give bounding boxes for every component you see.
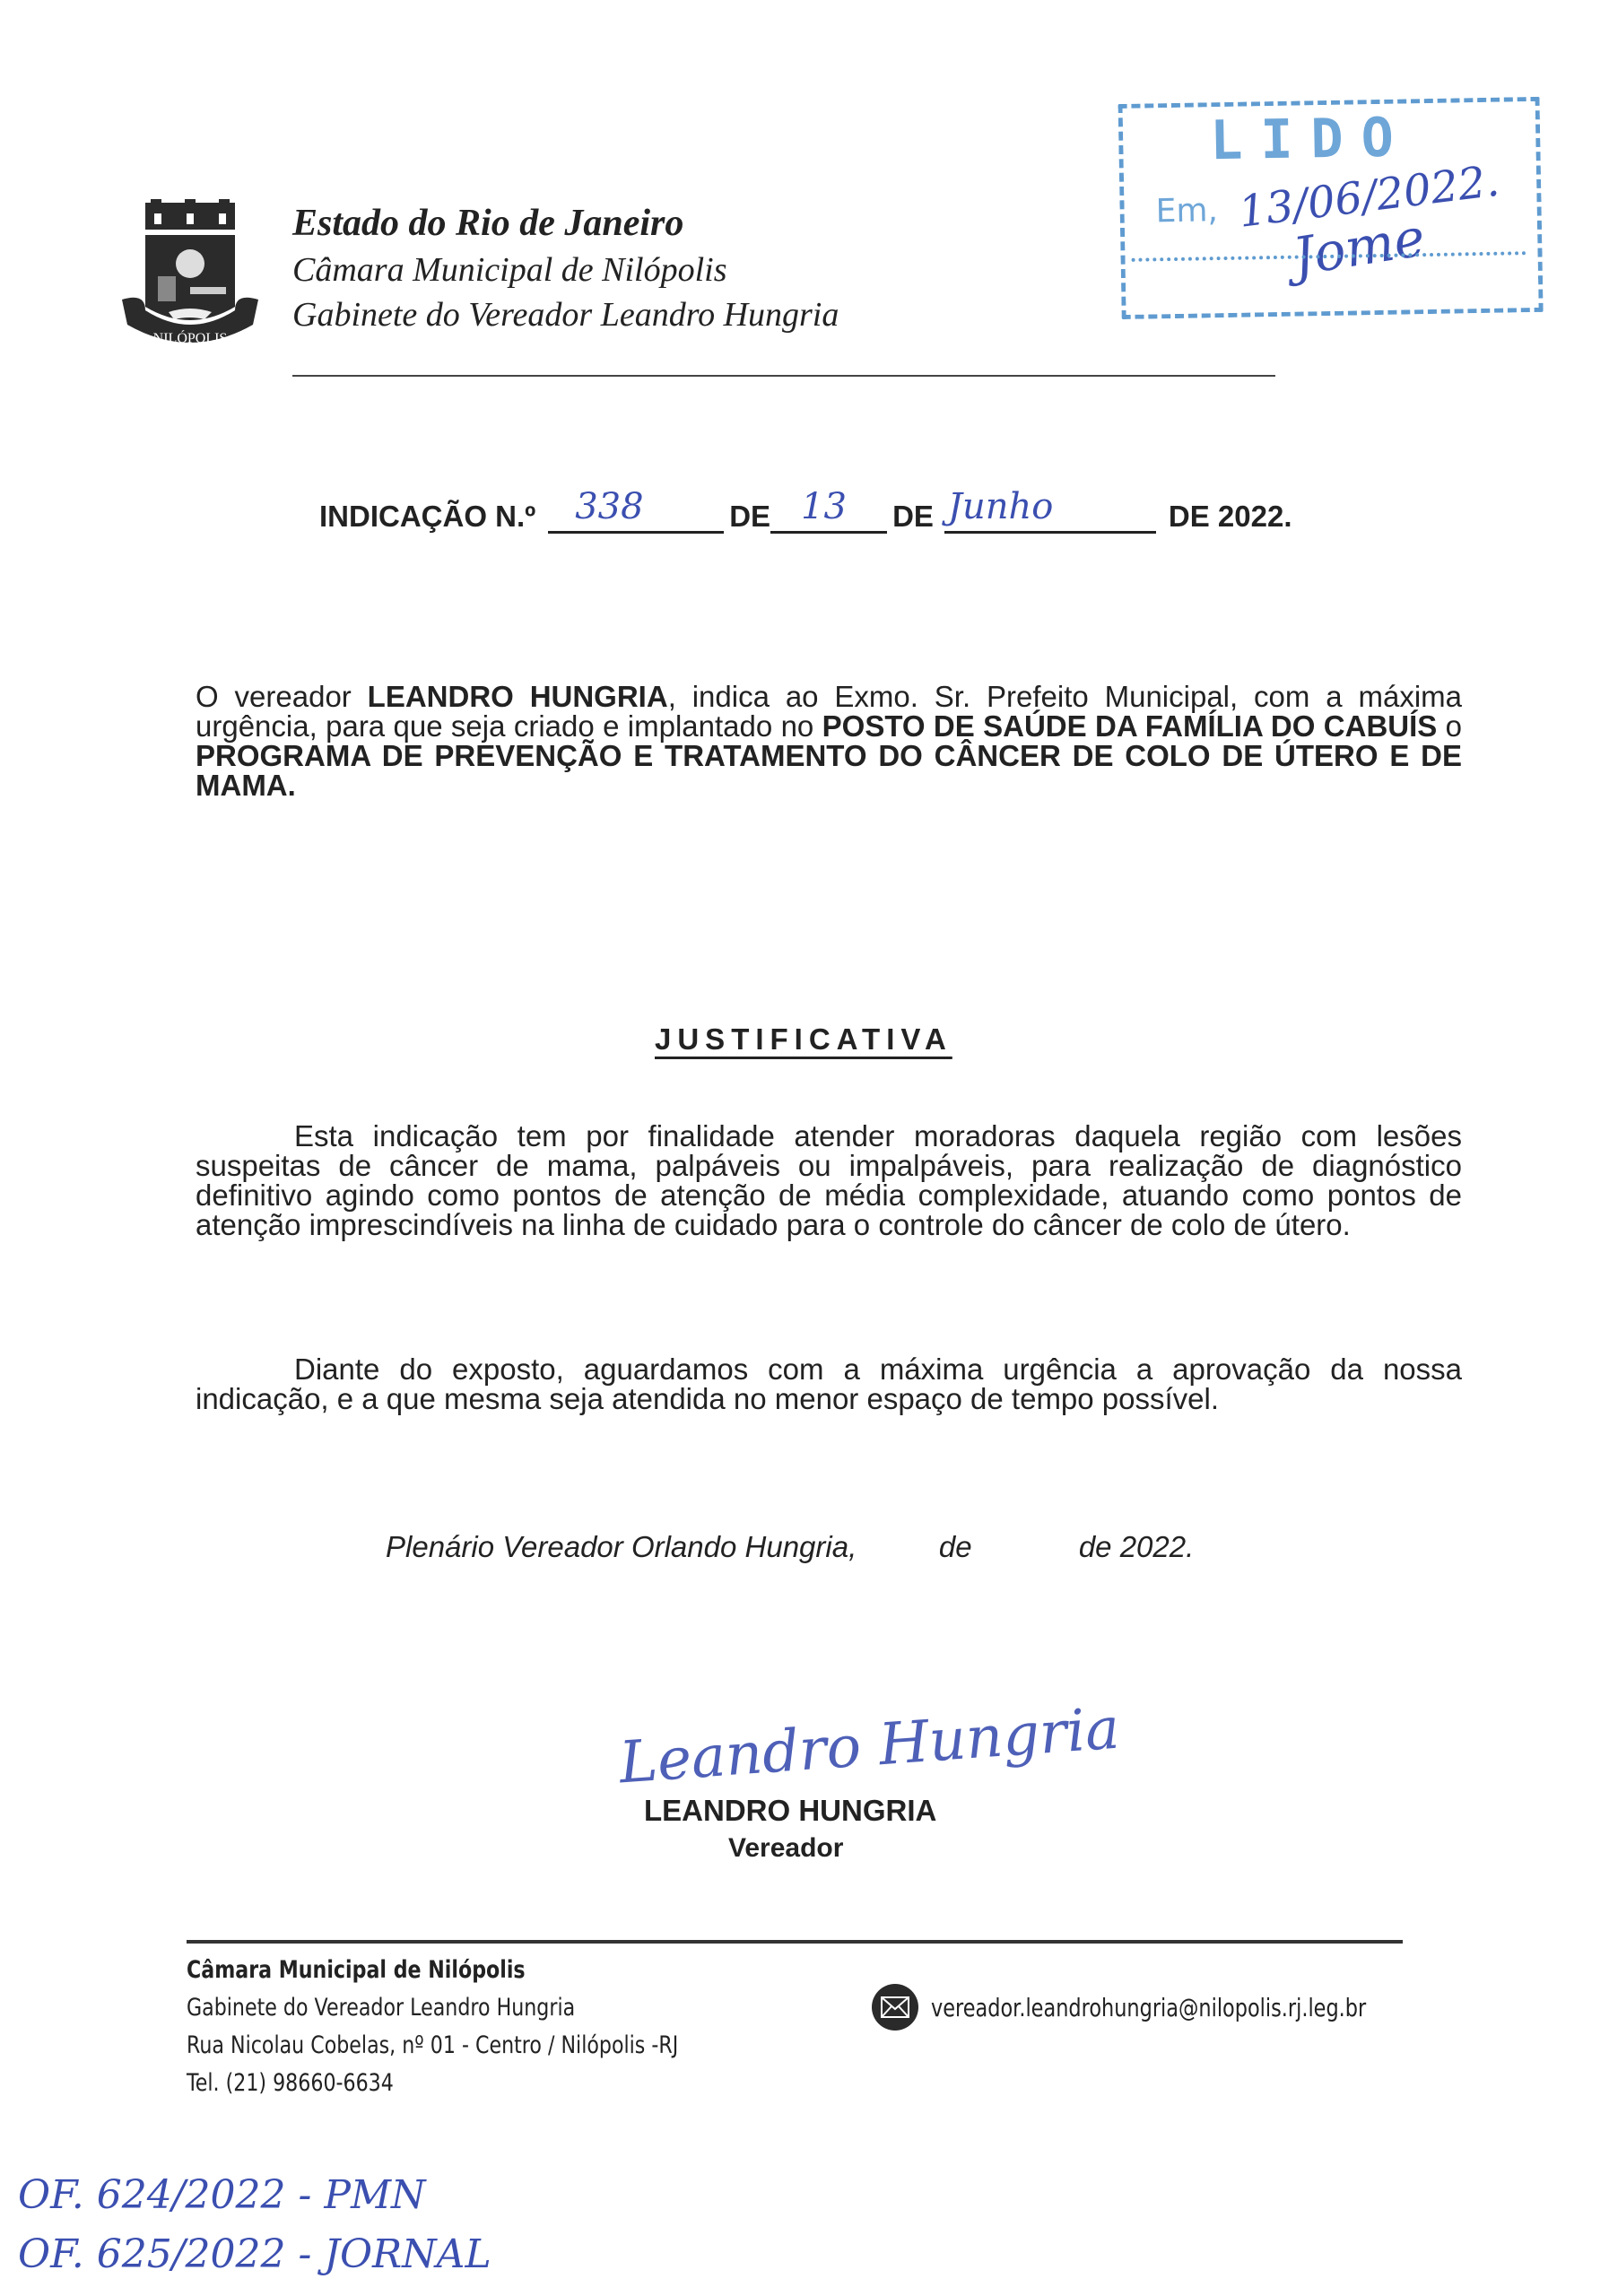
p1-text-c: o: [1437, 709, 1462, 743]
indicacao-label: INDICAÇÃO N.º: [319, 500, 535, 534]
email-address[interactable]: vereador.leandrohungria@nilopolis.rj.leg…: [931, 1993, 1366, 2022]
state-name: Estado do Rio de Janeiro: [292, 199, 839, 248]
handwritten-notes: OF. 624/2022 - PMN OF. 625/2022 - JORNAL: [18, 2166, 491, 2284]
footer-org: Câmara Municipal de Nilópolis: [187, 1952, 678, 1989]
justificativa-heading: JUSTIFICATIVA: [655, 1022, 952, 1057]
indicacao-line: INDICAÇÃO N.º 338 DE 13 DE Junho DE 2022…: [319, 491, 1292, 534]
crest-icon: NILÓPOLIS: [118, 199, 262, 361]
office-name: Gabinete do Vereador Leandro Hungria: [292, 292, 839, 337]
indication-paragraph: O vereador LEANDRO HUNGRIA, indica ao Ex…: [196, 682, 1462, 800]
p1-text-a: O vereador: [196, 680, 368, 713]
footer-address-block: Câmara Municipal de Nilópolis Gabinete d…: [187, 1952, 678, 2102]
indicacao-number-field: 338: [548, 491, 724, 534]
footer-email: vereador.leandrohungria@nilopolis.rj.leg…: [872, 1984, 1475, 2031]
municipal-crest: NILÓPOLIS: [118, 199, 262, 361]
indicacao-number: 338: [575, 486, 643, 527]
indicacao-day: 13: [801, 486, 847, 527]
signatory-name: LEANDRO HUNGRIA: [644, 1794, 936, 1828]
chamber-name: Câmara Municipal de Nilópolis: [292, 248, 839, 292]
envelope-icon: [872, 1984, 918, 2031]
justification-paragraph-2: Diante do exposto, aguardamos com a máxi…: [196, 1354, 1462, 1413]
footer-divider: [187, 1940, 1403, 1944]
indicacao-month: Junho: [948, 486, 1053, 527]
program-name: PROGRAMA DE PREVENÇÃO E TRATAMENTO DO CÂ…: [196, 739, 1462, 802]
stamp-title: LIDO: [1210, 106, 1413, 172]
stamp-em-label: Em,: [1155, 192, 1218, 230]
indicacao-day-field: 13: [770, 491, 887, 534]
header-divider: [292, 375, 1275, 377]
indicacao-year: DE 2022.: [1169, 500, 1292, 534]
footer-address: Rua Nicolau Cobelas, nº 01 - Centro / Ni…: [187, 2027, 678, 2065]
indicacao-month-field: Junho: [944, 491, 1156, 534]
councilman-name: LEANDRO HUNGRIA: [368, 680, 668, 713]
note-line-2: OF. 625/2022 - JORNAL: [18, 2225, 491, 2284]
de-label-1: DE: [729, 500, 770, 534]
svg-text:NILÓPOLIS: NILÓPOLIS: [153, 329, 228, 346]
health-post-name: POSTO DE SAÚDE DA FAMÍLIA DO CABUÍS: [822, 709, 1438, 743]
note-line-1: OF. 624/2022 - PMN: [18, 2166, 491, 2225]
de-label-2: DE: [892, 500, 934, 534]
footer-phone: Tel. (21) 98660-6634: [187, 2065, 678, 2102]
handwritten-signature: Leandro Hungria: [617, 1696, 1121, 1797]
footer-office: Gabinete do Vereador Leandro Hungria: [187, 1989, 678, 2027]
justification-paragraph-1: Esta indicação tem por finalidade atende…: [196, 1121, 1462, 1239]
read-stamp: LIDO Em, 13/06/2022. Jome: [1110, 52, 1545, 301]
letterhead: Estado do Rio de Janeiro Câmara Municipa…: [292, 199, 839, 337]
place-date-line: Plenário Vereador Orlando Hungria, de de…: [386, 1530, 1194, 1564]
signatory-role: Vereador: [728, 1833, 843, 1864]
